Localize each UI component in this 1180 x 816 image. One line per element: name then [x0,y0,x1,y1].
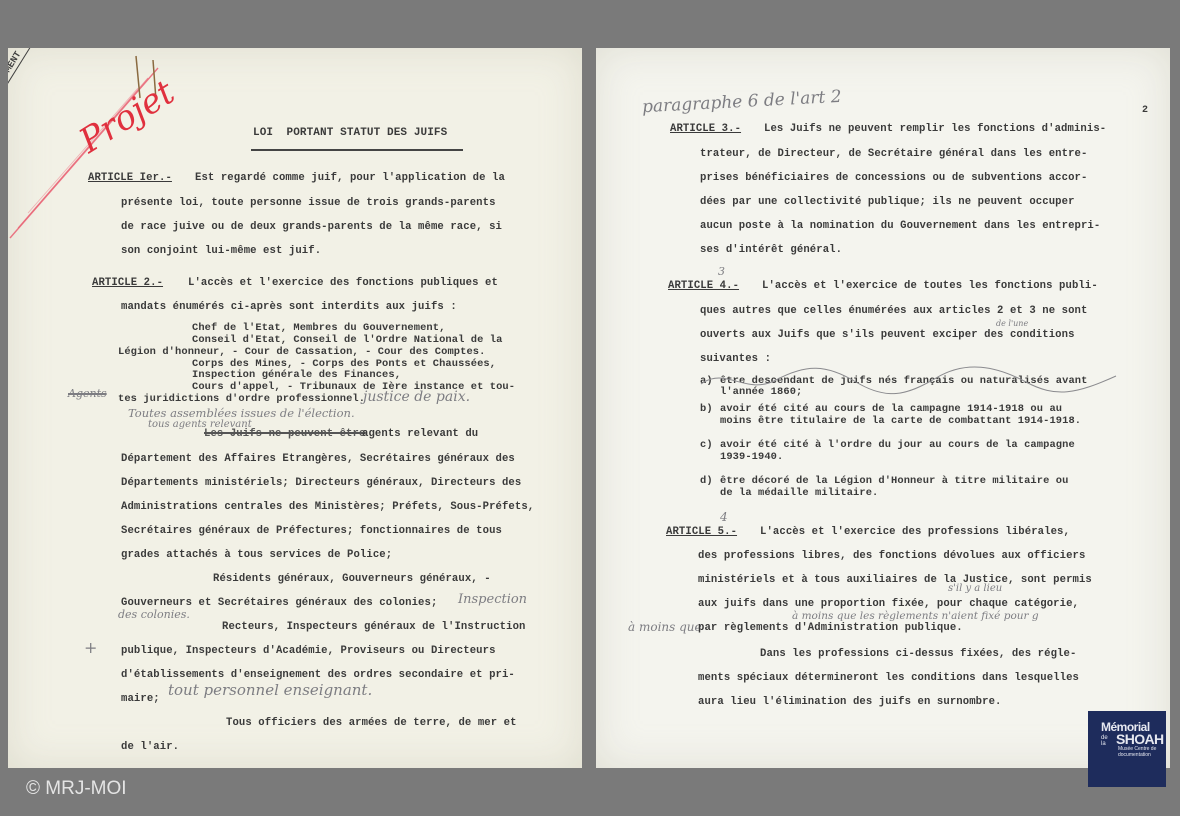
article-1-line: présente loi, toute personne issue de tr… [121,198,496,209]
condition-b-key: b) [700,404,713,414]
annotation-inspection: Inspection [458,593,527,606]
memorial-shoah-logo: Mémorial de la SHOAH Musée Centre de doc… [1088,711,1166,787]
article-2-line: L'accès et l'exercice des fonctions publ… [188,278,498,289]
annotation-de-l-une: de l'une [996,320,1028,328]
article-3-line: prises bénéficiaires de concessions ou d… [700,173,1087,184]
article-2-list-line: Légion d'honneur, - Cour de Cassation, -… [118,347,485,357]
article-5-line: aux juifs dans une proportion fixée, pou… [698,599,1079,610]
article-2-para2-line: Administrations centrales des Ministères… [121,502,534,513]
margin-annotation-a-moins-que: à moins que [628,621,702,633]
article-2-para3-line: Résidents généraux, Gouverneurs généraux… [213,574,491,585]
article-2-para2-line: Département des Affaires Etrangères, Sec… [121,454,515,465]
article-5-line: ministériels et à tous auxiliaires de la… [698,575,1092,586]
annotation-des-colonies: des colonies. [118,609,190,620]
article-3-line: trateur, de Directeur, de Secrétaire gén… [700,149,1087,160]
condition-b-line: avoir été cité au cours de la campagne 1… [720,404,1062,414]
article-5-para2-line: aura lieu l'élimination des juifs en sur… [698,697,1002,708]
annotation-s-il-y-a-lieu: s'il y a lieu [948,584,1002,594]
article-3-line: aucun poste à la nomination du Gouvernem… [700,221,1100,232]
title-underline [251,149,463,151]
article-5-para2-line: ments spéciaux détermineront les conditi… [698,673,1079,684]
article-4-correction: 3 [718,266,725,277]
condition-d-key: d) [700,476,713,486]
struck-text: Les Juifs ne peuvent être [204,429,365,440]
article-1-label: ARTICLE Ier.- [88,173,172,184]
article-1-line: de race juive ou de deux grands-parents … [121,222,502,233]
condition-c-line: avoir été cité à l'ordre du jour au cour… [720,440,1075,450]
article-2-para2-line: Secrétaires généraux de Préfectures; fon… [121,526,502,537]
article-2-para3-line: Gouverneurs et Secrétaires généraux des … [121,598,437,609]
condition-d-line: de la médaille militaire. [720,488,878,498]
article-4-line: ques autres que celles énumérées aux art… [700,306,1087,317]
article-3-label: ARTICLE 3.- [670,124,741,135]
article-1-line: Est regardé comme juif, pour l'applicati… [195,173,505,184]
article-3-line: dées par une collectivité publique; ils … [700,197,1075,208]
copyright-credit: © MRJ-MOI [26,778,127,800]
article-2-para4-line: maire; [121,694,160,705]
article-2-para5-line: Tous officiers des armées de terre, de m… [226,718,517,729]
logo-line-subtitle: Musée Centre de documentation [1118,747,1164,758]
article-4-label: ARTICLE 4.- [668,281,739,292]
logo-line-shoah: SHOAH [1116,731,1164,747]
margin-annotation-agents: Agents [68,388,107,399]
document-title: LOI PORTANT STATUT DES JUIFS [253,128,447,139]
document-page-right: paragraphe 6 de l'art 2 2 ARTICLE 3.- Le… [596,48,1170,768]
red-pencil-strokes [8,48,208,268]
article-2-para2-line: agents relevant du [362,429,478,440]
document-page-left: DOCUMENT CONFIDENTIEL Projet LOI PORTANT… [8,48,582,768]
article-2-para4-line: d'établissements d'enseignement des ordr… [121,670,515,681]
article-5-line: par règlements d'Administration publique… [698,623,963,634]
article-2-para5-line: de l'air. [121,742,179,753]
article-2-para2-line: Départements ministériels; Directeurs gé… [121,478,521,489]
margin-cross-mark: + [84,640,97,656]
article-2-list-line: tes juridictions d'ordre professionnel. [118,394,365,404]
logo-line-de-la: de la [1101,735,1113,747]
article-5-line: des professions libres, des fonctions dé… [698,551,1085,562]
article-5-line: L'accès et l'exercice des professions li… [760,527,1070,538]
article-5-correction: 4 [720,511,728,523]
page-number: 2 [1142,106,1148,116]
annotation-personnel-enseignant: tout personnel enseignant. [168,683,372,698]
annotation-assemblees: Toutes assemblées issues de l'élection. [128,408,355,420]
article-2-para4-line: publique, Inspecteurs d'Académie, Provis… [121,646,496,657]
article-4-line: ouverts aux Juifs que s'ils peuvent exci… [700,330,1075,341]
article-3-line: ses d'intérêt général. [700,245,842,256]
article-2-list-line: Conseil d'Etat, Conseil de l'Ordre Natio… [192,335,502,345]
condition-c-line: 1939-1940. [720,452,783,462]
annotation-paragraphe: paragraphe 6 de l'art 2 [642,89,842,116]
article-2-list-line: Inspection générale des Finances, [192,370,401,380]
article-5-para2-line: Dans les professions ci-dessus fixées, d… [760,649,1076,660]
article-2-para2-line: grades attachés à tous services de Polic… [121,550,392,561]
article-3-line: Les Juifs ne peuvent remplir les fonctio… [764,124,1106,135]
annotation-justice-de-paix: justice de paix. [363,390,470,404]
article-4-line: suivantes : [700,354,771,365]
article-4-line: L'accès et l'exercice de toutes les fonc… [762,281,1098,292]
article-1-line: son conjoint lui-même est juif. [121,246,321,257]
article-2-line: mandats énumérés ci-après sont interdits… [121,302,457,313]
pencil-scribble [696,366,1136,396]
article-5-label: ARTICLE 5.- [666,527,737,538]
condition-c-key: c) [700,440,713,450]
condition-b-line: moins être titulaire de la carte de comb… [720,416,1081,426]
article-2-list-line: Chef de l'Etat, Membres du Gouvernement, [192,323,445,333]
article-2-para4-line: Recteurs, Inspecteurs généraux de l'Inst… [222,622,526,633]
article-2-list-line: Corps des Mines, - Corps des Ponts et Ch… [192,359,496,369]
annotation-a-moins-que-regles: à moins que les règlements n'aient fixé … [792,611,1039,622]
condition-d-line: être décoré de la Légion d'Honneur à tit… [720,476,1068,486]
article-2-label: ARTICLE 2.- [92,278,163,289]
